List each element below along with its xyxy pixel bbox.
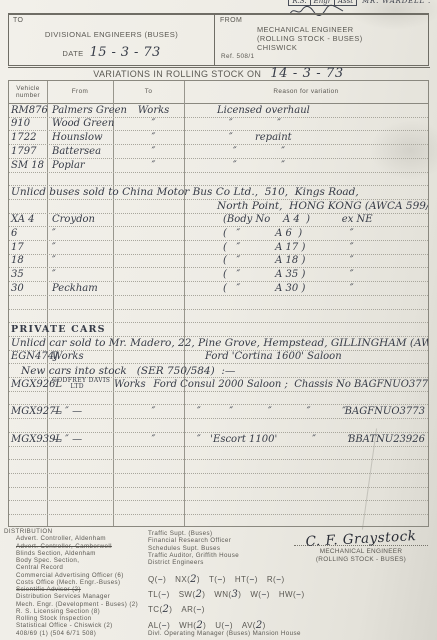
table-row bbox=[9, 447, 428, 461]
table-cell: Peckham bbox=[49, 284, 118, 294]
table-cell: ″ ″ bbox=[189, 119, 428, 129]
code-item: AV(2) bbox=[242, 621, 266, 630]
table-row bbox=[9, 392, 428, 406]
distribution-item: Blinds Section, Aldenham bbox=[4, 550, 146, 557]
table-row: XA 4Croydon(Body No A 4 ) ex NE bbox=[9, 214, 428, 228]
table-row: EGN474JWorksFord 'Cortina 1600' Saloon bbox=[9, 351, 428, 365]
recipient-item: Schedules Supt. Buses bbox=[148, 545, 239, 552]
table-row: 1797Battersea″″ ″ bbox=[9, 145, 428, 159]
table-row: MGX939L— ″ —″″ 'Escort 1100' ″ ″BBATNU23… bbox=[9, 433, 428, 447]
table-cell: ″ bbox=[118, 147, 189, 157]
distribution-item: Commercial Advertising Officer (6) bbox=[4, 572, 146, 579]
table-cell: ″ bbox=[49, 243, 118, 253]
from-line: (ROLLING STOCK - BUSES) bbox=[257, 34, 363, 43]
table-row: 1722Hounslow″″ repaint bbox=[9, 131, 428, 145]
distribution-item: Scientific Advisor (2) bbox=[4, 586, 146, 593]
table-cell: EGN474J bbox=[9, 352, 49, 362]
distribution-item: Mech. Engr. (Development - Buses) (2) bbox=[4, 601, 146, 608]
table-cell: ″ bbox=[118, 133, 189, 143]
table-cell: ( ″ A 18 ) ″ bbox=[189, 256, 428, 266]
date-handwritten: 15 - 3 - 73 bbox=[90, 45, 161, 60]
table-cell: MGX939L bbox=[9, 435, 49, 445]
code-item: AL(–) bbox=[148, 621, 170, 630]
code-value-handwritten: – bbox=[224, 620, 229, 631]
table-cell: GODFREY DAVIS LTD bbox=[49, 378, 110, 390]
table-row bbox=[9, 474, 428, 488]
title-text: VARIATIONS IN ROLLING STOCK ON bbox=[93, 69, 261, 79]
table-body: RM876Palmers GreenWorksLicensed overhaul… bbox=[9, 104, 428, 527]
footer-recipient: Divl. Operating Manager (Buses) Mansion … bbox=[148, 630, 301, 637]
table-cell: ″ bbox=[118, 407, 189, 417]
code-item: TL(–) bbox=[148, 590, 170, 599]
table-cell: MGX927L bbox=[9, 407, 49, 417]
code-item: SW(2) bbox=[179, 590, 206, 599]
code-item: NX(2) bbox=[175, 575, 200, 584]
from-address: MECHANICAL ENGINEER (ROLLING STOCK - BUS… bbox=[257, 25, 363, 53]
code-item: Q(–) bbox=[148, 575, 166, 584]
code-value-handwritten: – bbox=[261, 589, 266, 600]
table-row: 18″( ″ A 18 ) ″ bbox=[9, 255, 428, 269]
table-cell: ( ″ A 35 ) ″ bbox=[189, 270, 428, 280]
recipient-item: Traffic Supt. (Buses) bbox=[148, 530, 239, 537]
table-cell: (Body No A 4 ) ex NE bbox=[189, 215, 428, 225]
table-row bbox=[9, 460, 428, 474]
table-row: 6″( ″ A 6 ) ″ bbox=[9, 227, 428, 241]
code-value-handwritten: – bbox=[161, 589, 166, 600]
table-cell: ″ ″ bbox=[189, 161, 428, 171]
code-value-handwritten: – bbox=[196, 604, 201, 615]
distribution-item: Distribution Services Manager bbox=[4, 593, 146, 600]
table-cell: ( ″ A 30 ) ″ bbox=[189, 284, 428, 294]
form-header: TO DIVISIONAL ENGINEERS (BUSES) DATE15 -… bbox=[8, 13, 429, 66]
table-cell: Ford 'Cortina 1600' Saloon bbox=[189, 352, 428, 362]
date-label: DATE bbox=[62, 49, 83, 58]
table-row: North Point, HONG KONG (AWCA 599/83 bbox=[9, 200, 428, 214]
table-cell: MGX926L bbox=[9, 380, 49, 390]
row-note: Unlicd car sold to Mr. Madero, 22, Pine … bbox=[9, 338, 429, 349]
recipient-item: District Engineers bbox=[148, 559, 239, 566]
allocation-codes: Q(–)NX(2)T(–)HT(–)R(–)TL(–)SW(2)WN(3)W(–… bbox=[148, 574, 314, 635]
table-row bbox=[9, 488, 428, 502]
code-value-handwritten: – bbox=[296, 589, 301, 600]
table-cell: 30 bbox=[9, 284, 49, 294]
code-item: W(–) bbox=[250, 590, 270, 599]
table-cell: Palmers Green bbox=[49, 106, 118, 116]
code-value-handwritten: 2 bbox=[190, 574, 197, 585]
table-cell: ″ bbox=[49, 256, 118, 266]
col-header-from: From bbox=[47, 88, 113, 95]
col-header-vehicle: Vehicle number bbox=[9, 85, 47, 100]
distribution-item: Body Spec. Section, bbox=[4, 557, 146, 564]
row-note: North Point, HONG KONG (AWCA 599/83 bbox=[9, 201, 429, 212]
table-row: 35″( ″ A 35 ) ″ bbox=[9, 268, 428, 282]
table-row: SM 18Poplar″″ ″ bbox=[9, 159, 428, 173]
table-cell: Licensed overhaul bbox=[189, 106, 428, 116]
code-item: U(–) bbox=[215, 621, 233, 630]
table-cell: ( ″ A 17 ) ″ bbox=[189, 243, 428, 253]
to-label: TO bbox=[13, 17, 23, 24]
from-line: CHISWICK bbox=[257, 43, 363, 52]
code-line: TL(–)SW(2)WN(3)W(–)HW(–) bbox=[148, 589, 314, 604]
code-line: Q(–)NX(2)T(–)HT(–)R(–) bbox=[148, 574, 314, 589]
table-cell: ″ bbox=[118, 119, 189, 129]
table-cell: Croydon bbox=[49, 215, 118, 225]
code-item: T(–) bbox=[209, 575, 226, 584]
to-value: DIVISIONAL ENGINEERS (BUSES) bbox=[9, 30, 214, 39]
table-cell: 1797 bbox=[9, 147, 49, 157]
table-cell: Hounslow bbox=[49, 133, 118, 143]
signature-block: C. F. Graystock MECHANICAL ENGINEER (ROL… bbox=[294, 531, 428, 564]
table-cell: Battersea bbox=[49, 147, 118, 157]
table-row: PRIVATE CARS bbox=[9, 323, 428, 337]
code-item: HW(–) bbox=[279, 590, 305, 599]
signature-title-2: (ROLLING STOCK - BUSES) bbox=[294, 556, 428, 564]
code-value-handwritten: 2 bbox=[256, 620, 263, 631]
code-item: HT(–) bbox=[235, 575, 258, 584]
distribution-item: Central Record bbox=[4, 564, 146, 571]
distribution-item: Advert. Controller, Camberwell bbox=[4, 543, 146, 550]
table-cell: 17 bbox=[9, 243, 49, 253]
chassis-number: BBATNU23926 bbox=[348, 435, 425, 445]
code-value-handwritten: 2 bbox=[163, 604, 170, 615]
table-cell: Works bbox=[118, 106, 189, 116]
code-item: R(–) bbox=[267, 575, 285, 584]
table-cell: Wood Green bbox=[49, 119, 118, 129]
code-item: TC(2) bbox=[148, 605, 172, 614]
recipients-list: Traffic Supt. (Buses)Financial Research … bbox=[148, 530, 239, 567]
table-row bbox=[9, 501, 428, 515]
table-cell: RM876 bbox=[9, 106, 49, 116]
routing-name: MR. WARDELL . bbox=[362, 0, 431, 5]
table-cell: Poplar bbox=[49, 161, 118, 171]
table-cell: SM 18 bbox=[9, 161, 49, 171]
table-header-row: Vehicle number From To Reason for variat… bbox=[9, 81, 428, 104]
code-value-handwritten: – bbox=[162, 620, 167, 631]
scanned-form: R.S.EngrAsst MR. WARDELL . TO DIVISIONAL… bbox=[0, 0, 437, 640]
table-cell: 18 bbox=[9, 256, 49, 266]
row-note: PRIVATE CARS bbox=[9, 325, 106, 335]
table-row bbox=[9, 515, 428, 527]
code-value-handwritten: – bbox=[249, 574, 254, 585]
table-cell: — ″ — bbox=[49, 435, 118, 445]
table-row bbox=[9, 173, 428, 187]
table-cell: XA 4 bbox=[9, 215, 49, 225]
code-line: TC(2)AR(–) bbox=[148, 604, 314, 619]
distribution-item: Statistical Office - Chiswick (2) bbox=[4, 622, 146, 629]
table-row: Unlicd buses sold to China Motor Bus Co … bbox=[9, 186, 428, 200]
table-row: 30Peckham( ″ A 30 ) ″ bbox=[9, 282, 428, 296]
code-value-handwritten: – bbox=[276, 574, 281, 585]
ref-number: Ref. 508/1 bbox=[221, 53, 255, 60]
code-value-handwritten: 2 bbox=[196, 620, 203, 631]
code-item: WN(3) bbox=[214, 590, 241, 599]
table-cell: ″ bbox=[118, 435, 189, 445]
chassis-number: BAGFNUO3773 bbox=[345, 407, 425, 417]
title-date-handwritten: 14 - 3 - 73 bbox=[270, 66, 343, 81]
table-row bbox=[9, 419, 428, 433]
code-value-handwritten: 3 bbox=[232, 589, 239, 600]
table-row: RM876Palmers GreenWorksLicensed overhaul bbox=[9, 104, 428, 118]
table-cell: ″ ″ bbox=[189, 147, 428, 157]
from-box: FROM MECHANICAL ENGINEER (ROLLING STOCK … bbox=[215, 15, 428, 65]
distribution-list: DISTRIBUTION Advert. Controller, Aldenha… bbox=[4, 528, 146, 637]
to-box: TO DIVISIONAL ENGINEERS (BUSES) DATE15 -… bbox=[9, 15, 215, 65]
recipient-item: Traffic Auditor, Griffith House bbox=[148, 552, 239, 559]
variations-table: Vehicle number From To Reason for variat… bbox=[8, 80, 429, 527]
code-value-handwritten: – bbox=[158, 574, 163, 585]
col-header-to: To bbox=[113, 88, 184, 95]
table-row: Unlicd car sold to Mr. Madero, 22, Pine … bbox=[9, 337, 428, 351]
date-row: DATE15 - 3 - 73 bbox=[9, 45, 214, 60]
from-label: FROM bbox=[220, 17, 242, 24]
table-cell: ″ bbox=[49, 229, 118, 239]
col-header-reason: Reason for variation bbox=[184, 88, 428, 95]
table-row: 910Wood Green″″ ″ bbox=[9, 118, 428, 132]
table-row: MGX927L— ″ —″″ ″ ″ ″ ″BAGFNUO3773 bbox=[9, 405, 428, 419]
table-row bbox=[9, 296, 428, 310]
table-row: New cars into stock (SER 750/584) :— bbox=[9, 364, 428, 378]
code-item: AR(–) bbox=[181, 605, 204, 614]
table-row: MGX926LGODFREY DAVIS LTDWorksFord Consul… bbox=[9, 378, 428, 392]
form-title: VARIATIONS IN ROLLING STOCK ON 14 - 3 - … bbox=[0, 66, 437, 81]
distribution-item: Rolling Stock Inspection bbox=[4, 615, 146, 622]
table-cell: 910 bbox=[9, 119, 49, 129]
distribution-item: 408/69 (1) (504 6/71 508) bbox=[4, 630, 146, 637]
code-item: WH(2) bbox=[179, 621, 206, 630]
table-cell: Ford Consul 2000 Saloon ; Chassis No BAG… bbox=[149, 380, 428, 390]
table-row: 17″( ″ A 17 ) ″ bbox=[9, 241, 428, 255]
code-value-handwritten: – bbox=[217, 574, 222, 585]
row-note: New cars into stock (SER 750/584) :— bbox=[9, 366, 235, 377]
table-cell: ″ repaint bbox=[189, 133, 428, 143]
from-line: MECHANICAL ENGINEER bbox=[257, 25, 363, 34]
row-note: Unlicd buses sold to China Motor Bus Co … bbox=[9, 187, 359, 198]
table-cell: ( ″ A 6 ) ″ bbox=[189, 229, 428, 239]
table-cell: Works bbox=[110, 380, 149, 390]
table-cell: — ″ — bbox=[49, 407, 118, 417]
table-cell: 1722 bbox=[9, 133, 49, 143]
distribution-title: DISTRIBUTION bbox=[4, 528, 146, 535]
distribution-item: Advert. Controller, Aldenham bbox=[4, 535, 146, 542]
table-cell: Works bbox=[49, 352, 118, 362]
table-row bbox=[9, 310, 428, 324]
table-cell: ″ bbox=[118, 161, 189, 171]
table-cell: ″ bbox=[49, 270, 118, 280]
distribution-item: Costs Office (Mech. Engr.-Buses) bbox=[4, 579, 146, 586]
recipient-item: Financial Research Officer bbox=[148, 537, 239, 544]
table-cell: 35 bbox=[9, 270, 49, 280]
code-value-handwritten: 2 bbox=[195, 589, 202, 600]
table-cell: 6 bbox=[9, 229, 49, 239]
distribution-item: R. S. Licensing Section (8) bbox=[4, 608, 146, 615]
